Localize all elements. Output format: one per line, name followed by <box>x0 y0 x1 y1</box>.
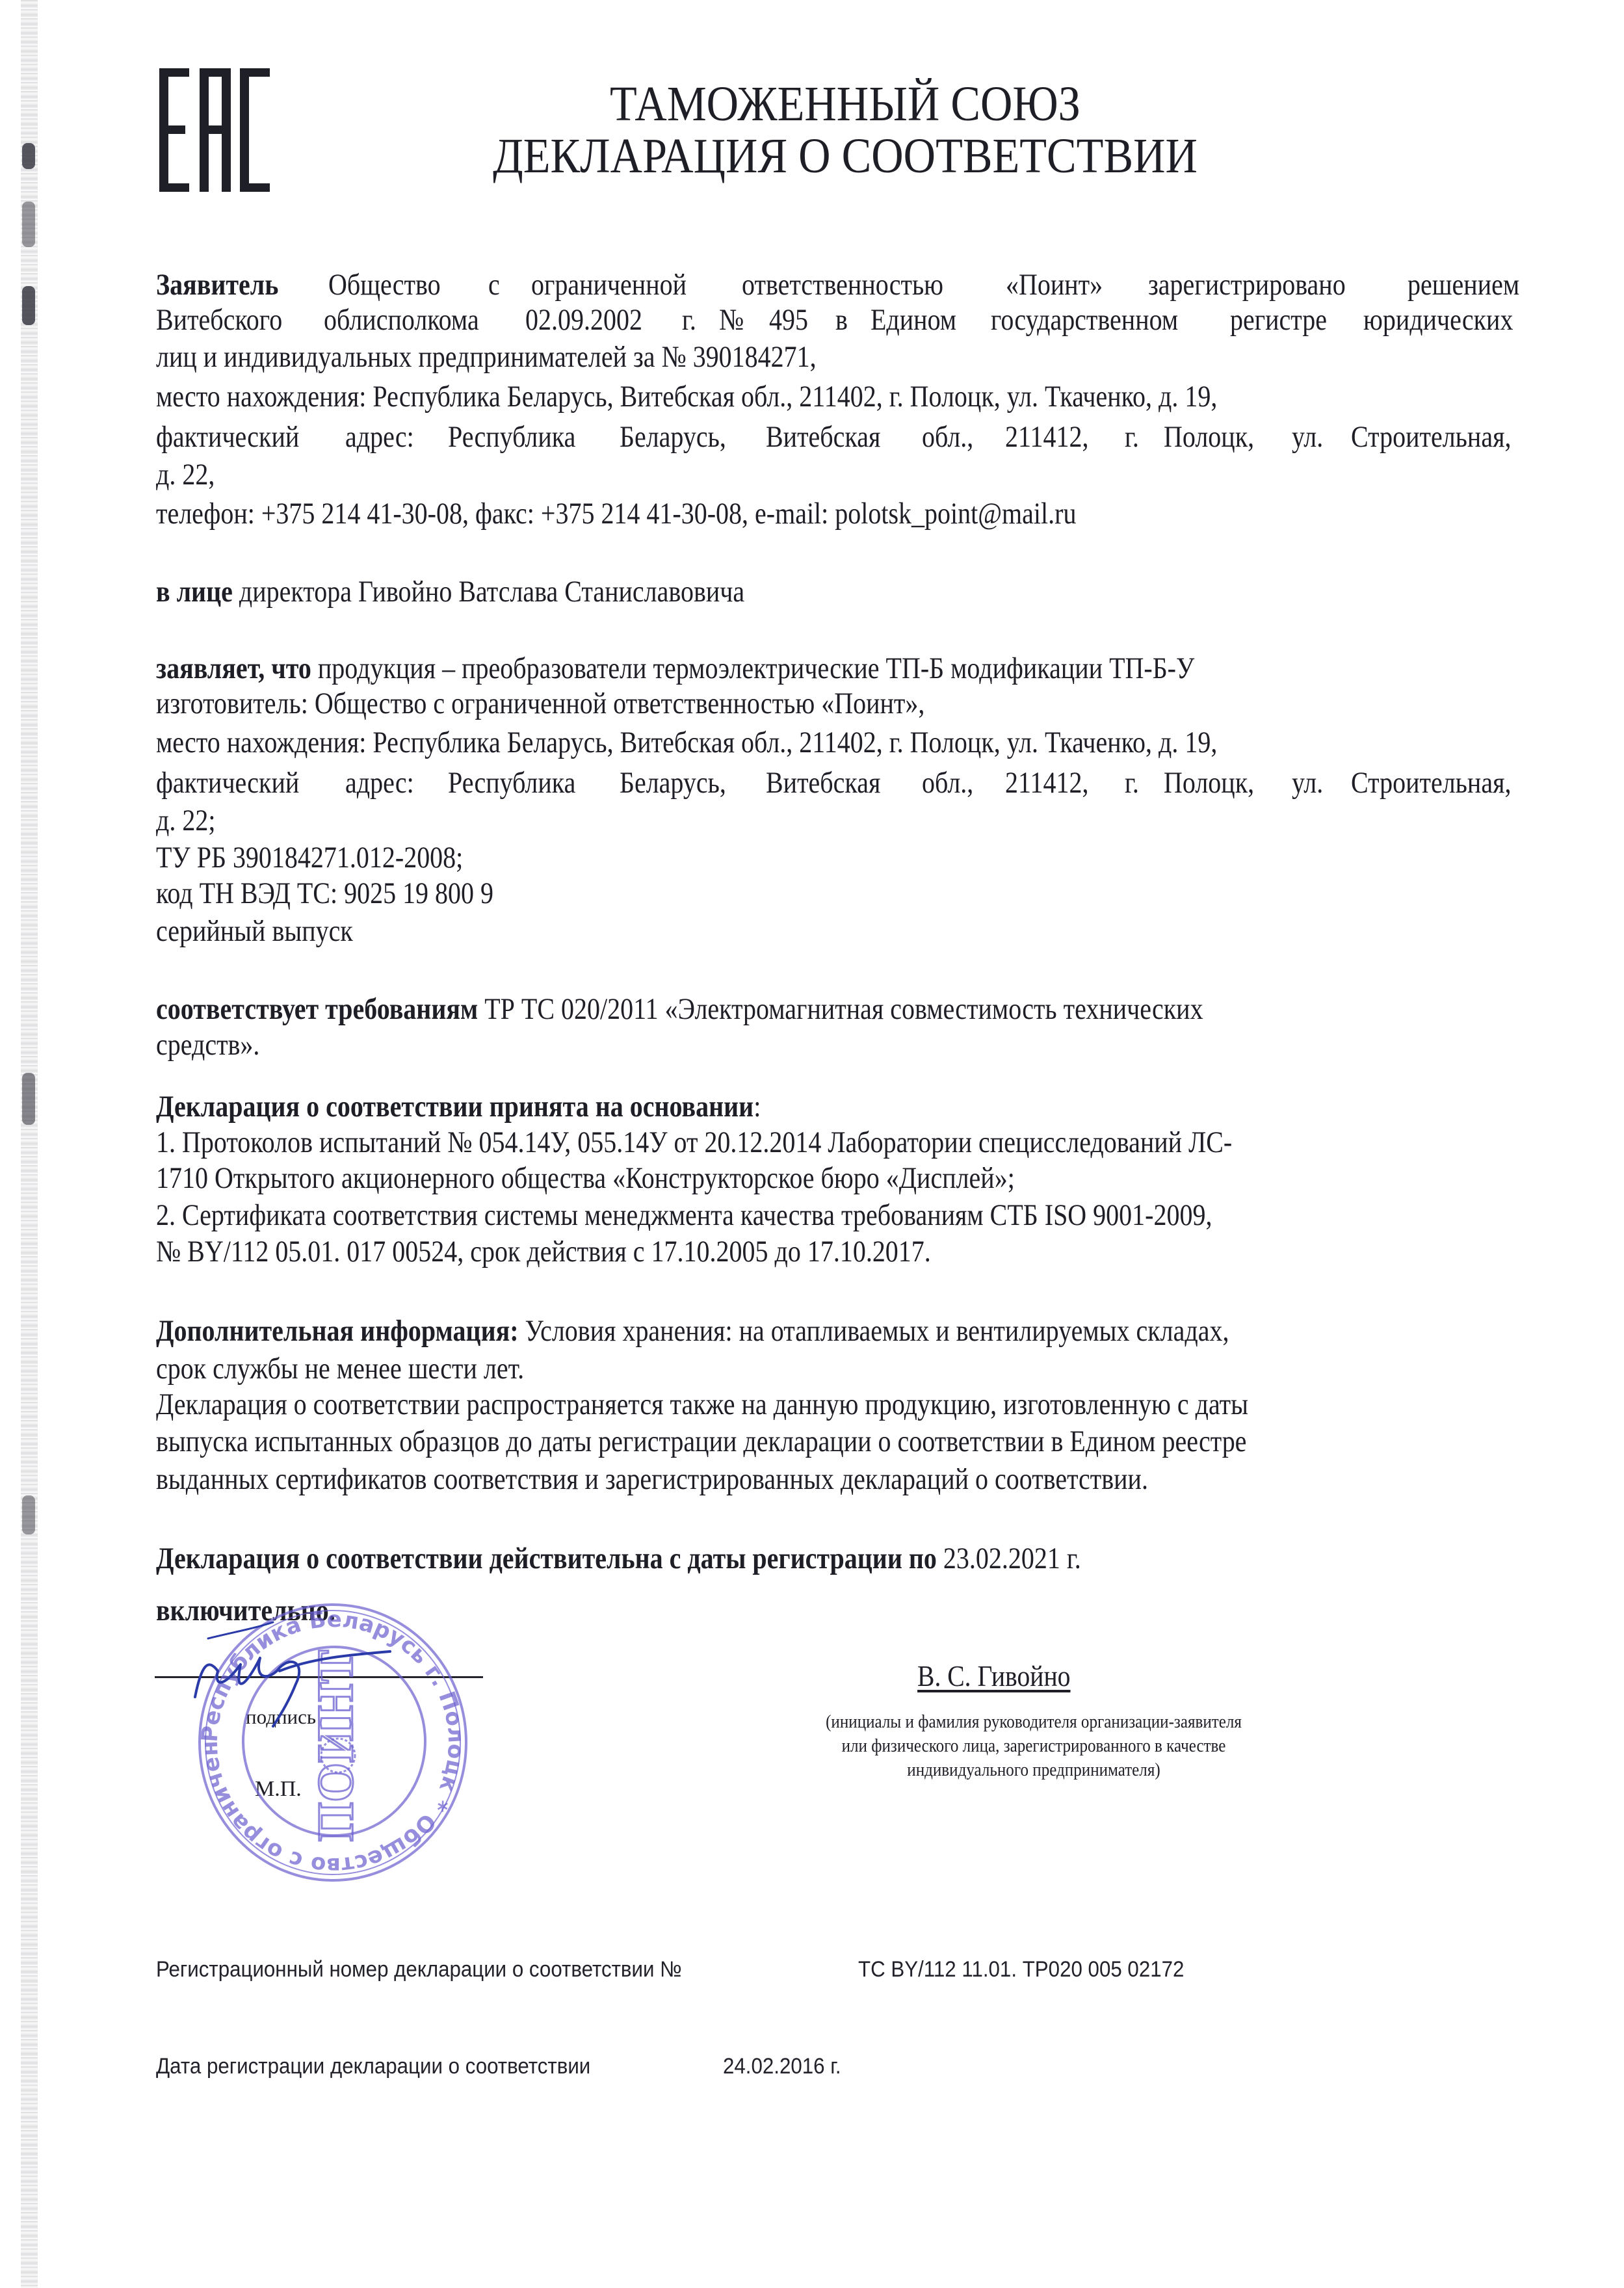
signature-line <box>155 1676 483 1678</box>
basis-item-1-cont: 1710 Открытого акционерного общества «Ко… <box>156 1164 1344 1194</box>
technical-conditions: ТУ РБ 390184271.012-2008; <box>156 843 1344 874</box>
scan-artifact <box>22 1073 35 1125</box>
signer-name: В. С. Гивойно <box>917 1662 1070 1691</box>
representative-text: директора Гивойно Ватслава Станиславович… <box>239 575 744 609</box>
applicant-label: Заявитель <box>156 270 278 301</box>
scan-artifact <box>22 202 35 247</box>
eac-letter-a <box>200 68 231 192</box>
representative-line: в лице директора Гивойно Ватслава Станис… <box>156 577 1344 608</box>
declaration-page: ТАМОЖЕННЫЙ СОЮЗ ДЕКЛАРАЦИЯ О СООТВЕТСТВИ… <box>0 0 1624 2288</box>
eac-logo-icon <box>159 68 276 192</box>
scan-edge-artifact <box>21 0 38 2288</box>
applicant-registry-line: лиц и индивидуальных предпринимателей за… <box>156 343 1344 373</box>
registration-date-value: 24.02.2016 г. <box>723 2055 841 2077</box>
registration-number-label: Регистрационный номер декларации о соотв… <box>156 1958 682 1980</box>
svg-text:ПОИНТ: ПОИНТ <box>307 1650 363 1842</box>
applicant-legal-address: место нахождения: Республика Беларусь, В… <box>156 382 1344 413</box>
eac-letter-e <box>159 68 190 192</box>
seal-label: М.П. <box>255 1778 302 1800</box>
additional-info-text-1: Декларация о соответствии распространяет… <box>156 1390 1344 1421</box>
registration-date-label: Дата регистрации декларации о соответств… <box>156 2055 590 2077</box>
additional-info-label: Дополнительная информация: <box>156 1315 519 1348</box>
additional-info-text-3: выданных сертификатов соответствия и зар… <box>156 1465 1344 1495</box>
manufacturer-address-house: д. 22; <box>156 806 1344 837</box>
regulation-text-cont: средств». <box>156 1031 1344 1061</box>
regulation-text: ТР ТС 020/2011 «Электромагнитная совмест… <box>484 993 1203 1026</box>
company-stamp-icon: Республика Беларусь г. Полоцк * Общество… <box>190 1599 476 1886</box>
conforms-label: соответствует требованиям <box>156 993 478 1026</box>
basis-item-2-cont: № BY/112 05.01. 017 00524, срок действия… <box>156 1237 1344 1268</box>
declares-label: заявляет, что <box>156 652 311 685</box>
basis-heading: Декларация о соответствии принята на осн… <box>156 1092 1344 1123</box>
applicant-address-house: д. 22, <box>156 460 1344 491</box>
validity-label: Декларация о соответствии действительна … <box>156 1542 937 1575</box>
applicant-actual-address: фактический адрес: Республика Беларусь, … <box>156 423 1538 453</box>
service-life: срок службы не менее шести лет. <box>156 1354 1344 1385</box>
document-title-line2: ДЕКЛАРАЦИЯ О СООТВЕТСТВИИ <box>421 131 1270 181</box>
signature-label: подпись <box>246 1707 316 1727</box>
validity-line: Декларация о соответствии действительна … <box>156 1544 1344 1575</box>
additional-info-text-2: выпуска испытанных образцов до даты реги… <box>156 1427 1344 1458</box>
conforms-line: соответствует требованиям ТР ТС 020/2011… <box>156 995 1344 1025</box>
representative-label: в лице <box>156 575 233 609</box>
validity-inclusive: включительно. <box>156 1596 1344 1627</box>
release-type: серийный выпуск <box>156 917 1344 947</box>
registration-number-value: ТС BY/112 11.01. ТР020 005 02172 <box>858 1958 1184 1980</box>
manufacturer-legal-address: место нахождения: Республика Беларусь, В… <box>156 728 1344 759</box>
applicant-line-2: Витебского облисполкома 02.09.2002 г. № … <box>156 306 1538 336</box>
manufacturer-actual-address: фактический адрес: Республика Беларусь, … <box>156 769 1538 799</box>
basis-item-1: 1. Протоколов испытаний № 054.14У, 055.1… <box>156 1128 1344 1159</box>
product-description: продукция – преобразователи термоэлектри… <box>318 652 1194 685</box>
eac-letter-c <box>240 68 271 192</box>
scan-artifact <box>22 286 35 325</box>
document-title-line1: ТАМОЖЕННЫЙ СОЮЗ <box>436 79 1255 129</box>
applicant-contacts: телефон: +375 214 41-30-08, факс: +375 2… <box>156 499 1344 530</box>
declares-line: заявляет, что продукция – преобразовател… <box>156 654 1344 685</box>
basis-item-2: 2. Сертификата соответствия системы мене… <box>156 1201 1344 1231</box>
applicant-line-1: Заявитель Общество с ограниченной ответс… <box>156 270 1538 301</box>
signer-caption: (инициалы и фамилия руководителя организ… <box>762 1710 1305 1782</box>
manufacturer-line: изготовитель: Общество с ограниченной от… <box>156 689 1344 720</box>
scan-artifact <box>22 1495 35 1534</box>
customs-code: код ТН ВЭД ТС: 9025 19 800 9 <box>156 879 1344 910</box>
scan-artifact <box>22 143 35 169</box>
svg-text:Республика Беларусь г. Полоцк: Республика Беларусь г. Полоцк * Общество… <box>190 1599 469 1878</box>
validity-date: 23.02.2021 г. <box>943 1542 1081 1575</box>
additional-info-line: Дополнительная информация: Условия хране… <box>156 1317 1344 1347</box>
